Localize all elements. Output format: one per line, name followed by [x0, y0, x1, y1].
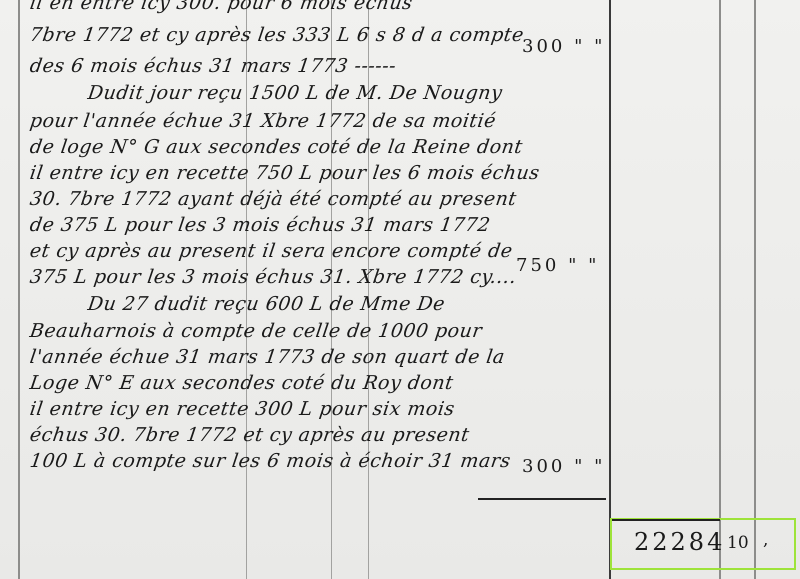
total-livres: 22284 — [634, 528, 725, 556]
ledger-line: l'année échue 31 mars 1773 de son quart … — [28, 346, 506, 368]
ledger-line: Beauharnois à compte de celle de 1000 po… — [28, 320, 483, 342]
amount-sous: " — [574, 456, 585, 477]
amount-deniers: " — [588, 255, 599, 276]
ledger-line: et cy après au present il sera encore co… — [28, 240, 514, 262]
amount-deniers: " — [594, 456, 605, 477]
ledger-line: 30. 7bre 1772 ayant déjà été compté au p… — [28, 188, 518, 210]
ledger-page: il en entre icy 300. pour 6 mois echus 7… — [0, 0, 800, 579]
margin-rule — [18, 0, 20, 579]
ledger-line: Dudit jour reçu 1500 L de M. De Nougny — [86, 82, 503, 104]
total-sous: 10 — [727, 533, 749, 553]
amount-column-rule — [609, 0, 611, 579]
ledger-line: il en entre icy 300. pour 6 mois echus — [28, 0, 414, 14]
amount-sous: " — [568, 255, 579, 276]
amount-sous: " — [574, 36, 585, 57]
underline-rule — [478, 498, 606, 500]
amount-livres: 750 — [516, 255, 559, 276]
ledger-line: 100 L à compte sur les 6 mois à échoir 3… — [28, 450, 512, 472]
amount-livres: 300 — [522, 456, 565, 477]
ledger-line: Loge N° E aux secondes coté du Roy dont — [28, 372, 454, 394]
amount-entry: 750 " " — [516, 255, 599, 276]
amount-entry: 300 " " — [522, 36, 605, 57]
amount-deniers: " — [594, 36, 605, 57]
ledger-line: 375 L pour les 3 mois échus 31. Xbre 177… — [28, 266, 517, 288]
total-deniers: , — [763, 530, 768, 550]
sous-column-rule — [719, 0, 721, 579]
amount-entry: 300 " " — [522, 456, 605, 477]
ledger-line: de loge N° G aux secondes coté de la Rei… — [28, 136, 524, 158]
ledger-line: de 375 L pour les 3 mois échus 31 mars 1… — [28, 214, 491, 236]
total-rule — [612, 519, 720, 521]
amount-livres: 300 — [522, 36, 565, 57]
ledger-line: Du 27 dudit reçu 600 L de Mme De — [86, 293, 446, 315]
ledger-line: échus 30. 7bre 1772 et cy après au prese… — [28, 424, 470, 446]
deniers-column-rule — [754, 0, 756, 579]
ledger-line: pour l'année échue 31 Xbre 1772 de sa mo… — [28, 110, 497, 132]
ledger-line: il entre icy en recette 300 L pour six m… — [28, 398, 456, 420]
ledger-line: 7bre 1772 et cy après les 333 L 6 s 8 d … — [28, 24, 525, 46]
ledger-line: il entre icy en recette 750 L pour les 6… — [28, 162, 541, 184]
ledger-line: des 6 mois échus 31 mars 1773 ------ — [28, 55, 397, 77]
